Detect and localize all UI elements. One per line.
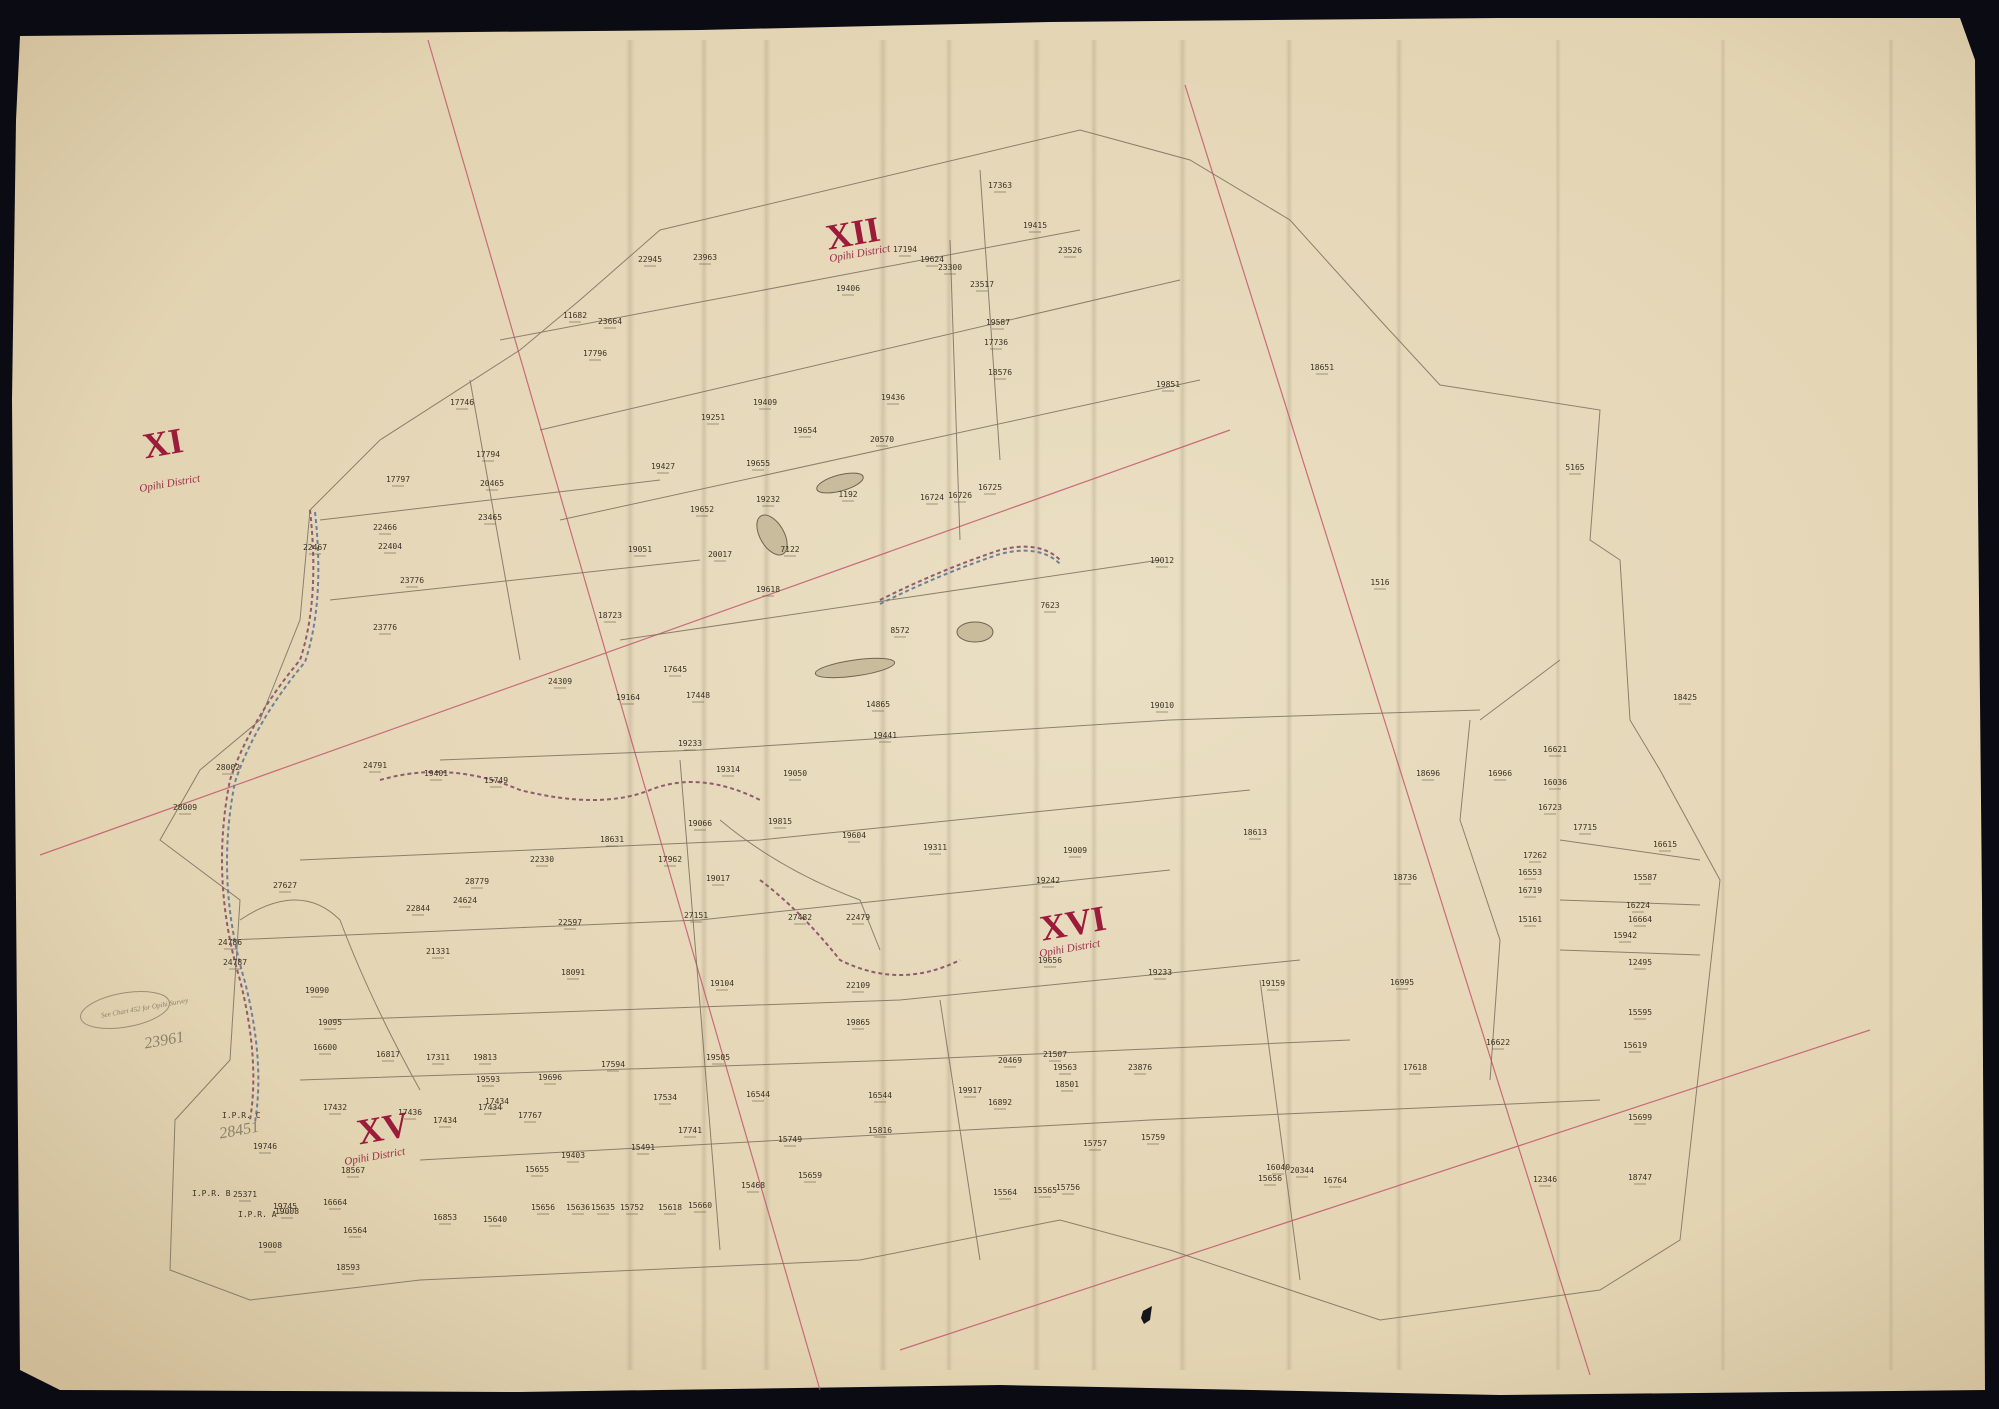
parcel-number: 17448 <box>686 691 710 700</box>
parcel-number: 16764 <box>1323 1176 1347 1185</box>
parcel-number: 19009 <box>1063 846 1087 855</box>
parcel-number: 22109 <box>846 981 870 990</box>
parcel-number: 19655 <box>746 459 770 468</box>
parcel-number: 18651 <box>1310 363 1334 372</box>
parcel-number: 28009 <box>173 803 197 812</box>
parcel-number: 18501 <box>1055 1080 1079 1089</box>
parcel-number: 20017 <box>708 550 732 559</box>
parcel-number: 19917 <box>958 1086 982 1095</box>
parcel-number: 16544 <box>868 1091 892 1100</box>
parcel-number: 24309 <box>548 677 572 686</box>
parcel-number: 27627 <box>273 881 297 890</box>
parcel-number: 19563 <box>1053 1063 1077 1072</box>
parcel-number: 19010 <box>1150 701 1174 710</box>
parcel-number: 17797 <box>386 475 410 484</box>
parcel-number: 19604 <box>842 831 866 840</box>
parcel-number: 21331 <box>426 947 450 956</box>
parcel-number: 15595 <box>1628 1008 1652 1017</box>
parcel-number: 19311 <box>923 843 947 852</box>
parcel-number: 22404 <box>378 542 402 551</box>
parcel-number: 15655 <box>525 1165 549 1174</box>
parcel-number: 19587 <box>986 318 1010 327</box>
parcel-number: 18631 <box>600 835 624 844</box>
parcel-number: 15942 <box>1613 931 1637 940</box>
parcel-number: 27151 <box>684 911 708 920</box>
parcel-number: 18091 <box>561 968 585 977</box>
parcel-number: 23664 <box>598 317 622 326</box>
parcel-number: 21507 <box>1043 1050 1067 1059</box>
parcel-number: 25371 <box>233 1190 257 1199</box>
parcel-number: 19409 <box>753 398 777 407</box>
parcel-number: 19401 <box>424 769 448 778</box>
parcel-number: 19746 <box>253 1142 277 1151</box>
parcel-number: 19017 <box>706 874 730 883</box>
parcel-number: 17262 <box>1523 851 1547 860</box>
parcel-number: 16553 <box>1518 868 1542 877</box>
parcel-number: 15619 <box>1623 1041 1647 1050</box>
parcel-number: 15587 <box>1633 873 1657 882</box>
parcel-number: 17736 <box>984 338 1008 347</box>
parcel-number: 17194 <box>893 245 917 254</box>
parcel-number: 5165 <box>1565 463 1584 472</box>
parcel-number: 16622 <box>1486 1038 1510 1047</box>
parcel-number: 19865 <box>846 1018 870 1027</box>
parcel-number: 22330 <box>530 855 554 864</box>
parcel-number: 16600 <box>313 1043 337 1052</box>
parcel-number: 23876 <box>1128 1063 1152 1072</box>
parcel-number: 16726 <box>948 491 972 500</box>
parcel-number: 19012 <box>1150 556 1174 565</box>
parcel-number: 22467 <box>303 543 327 552</box>
parcel-number: 19618 <box>756 585 780 594</box>
parcel-number: 15468 <box>741 1181 765 1190</box>
parcel-number: 27482 <box>788 913 812 922</box>
parcel-number: 19104 <box>710 979 734 988</box>
parcel-number: 11682 <box>563 311 587 320</box>
block-label: I.P.R. B <box>192 1189 231 1198</box>
parcel-number: 19851 <box>1156 380 1180 389</box>
parcel-number: 19406 <box>836 284 860 293</box>
parcel-number: 15564 <box>993 1188 1017 1197</box>
cadastral-map-sheet: 2294523963194061719419624233002351723526… <box>0 0 1999 1409</box>
parcel-number: 16719 <box>1518 886 1542 895</box>
parcel-number: 19815 <box>768 817 792 826</box>
parcel-number: 24787 <box>223 958 247 967</box>
district-numeral: XI <box>140 420 186 466</box>
parcel-number: 19090 <box>305 986 329 995</box>
parcel-number: 15161 <box>1518 915 1542 924</box>
parcel-number: 24791 <box>363 761 387 770</box>
parcel-number: 15636 <box>566 1203 590 1212</box>
parcel-number: 19233 <box>678 739 702 748</box>
parcel-number: 17434 <box>433 1116 457 1125</box>
parcel-number: 17311 <box>426 1053 450 1062</box>
parcel-number: 15656 <box>1258 1174 1282 1183</box>
parcel-number: 16853 <box>433 1213 457 1222</box>
parcel-number: 15759 <box>1141 1133 1165 1142</box>
parcel-number: 8572 <box>890 626 909 635</box>
parcel-number: 17618 <box>1403 1063 1427 1072</box>
parcel-number: 17767 <box>518 1111 542 1120</box>
parcel-number: 23526 <box>1058 246 1082 255</box>
parcel-number: 15756 <box>1056 1183 1080 1192</box>
parcel-number: 17594 <box>601 1060 625 1069</box>
parcel-number: 19652 <box>690 505 714 514</box>
parcel-number: 18736 <box>1393 873 1417 882</box>
parcel-number: 16817 <box>376 1050 400 1059</box>
parcel-number: 19441 <box>873 731 897 740</box>
parcel-number: 24624 <box>453 896 477 905</box>
parcel-number: 12346 <box>1533 1175 1557 1184</box>
parcel-number: 22844 <box>406 904 430 913</box>
parcel-number: 16892 <box>988 1098 1012 1107</box>
parcel-number: 19051 <box>628 545 652 554</box>
parcel-number: 1192 <box>838 490 857 499</box>
parcel-number: 15640 <box>483 1215 507 1224</box>
parcel-number: 17434 <box>478 1103 502 1112</box>
parcel-number: 18425 <box>1673 693 1697 702</box>
parcel-number: 15618 <box>658 1203 682 1212</box>
parcel-number: 16040 <box>1266 1163 1290 1172</box>
parcel-number: 19251 <box>701 413 725 422</box>
parcel-number: 19050 <box>783 769 807 778</box>
parcel-number: 15565 <box>1033 1186 1057 1195</box>
parcel-number: 1516 <box>1370 578 1389 587</box>
parcel-number: 22466 <box>373 523 397 532</box>
parcel-number: 23963 <box>693 253 717 262</box>
parcel-number: 15635 <box>591 1203 615 1212</box>
parcel-number: 18696 <box>1416 769 1440 778</box>
parcel-number: 14865 <box>866 700 890 709</box>
parcel-number: 20469 <box>998 1056 1022 1065</box>
parcel-number: 17796 <box>583 349 607 358</box>
parcel-number: 15752 <box>620 1203 644 1212</box>
parcel-number: 15659 <box>798 1171 822 1180</box>
parcel-number: 15491 <box>631 1143 655 1152</box>
parcel-number: 15816 <box>868 1126 892 1135</box>
parcel-number: 17534 <box>653 1093 677 1102</box>
parcel-number: 17715 <box>1573 823 1597 832</box>
parcel-number: 19593 <box>476 1075 500 1084</box>
parcel-number: 28779 <box>465 877 489 886</box>
parcel-number: 7122 <box>780 545 799 554</box>
parcel-number: 16615 <box>1653 840 1677 849</box>
parcel-number: 23776 <box>400 576 424 585</box>
parcel-number: 19696 <box>538 1073 562 1082</box>
parcel-number: 16036 <box>1543 778 1567 787</box>
parcel-number: 15749 <box>778 1135 802 1144</box>
parcel-number: 17962 <box>658 855 682 864</box>
parcel-number: 12495 <box>1628 958 1652 967</box>
parcel-number: 19242 <box>1036 876 1060 885</box>
block-label: I.P.R. A <box>238 1210 277 1219</box>
parcel-number: 20344 <box>1290 1166 1314 1175</box>
parcel-number: 19314 <box>716 765 740 774</box>
parcel-number: 19164 <box>616 693 640 702</box>
parcel-number: 19427 <box>651 462 675 471</box>
parcel-number: 18723 <box>598 611 622 620</box>
parcel-number: 19813 <box>473 1053 497 1062</box>
parcel-number: 17741 <box>678 1126 702 1135</box>
parcel-number: 19415 <box>1023 221 1047 230</box>
parcel-number: 23300 <box>938 263 962 272</box>
parcel-number: 23517 <box>970 280 994 289</box>
parcel-number: 15749 <box>484 776 508 785</box>
parcel-number: 23465 <box>478 513 502 522</box>
parcel-number: 23776 <box>373 623 397 632</box>
parcel-number: 16723 <box>1538 803 1562 812</box>
parcel-number: 19008 <box>275 1207 299 1216</box>
parcel-number: 19095 <box>318 1018 342 1027</box>
parcel-number: 19232 <box>756 495 780 504</box>
parcel-number: 24786 <box>218 938 242 947</box>
parcel-number: 18576 <box>988 368 1012 377</box>
parcel-number: 19159 <box>1261 979 1285 988</box>
parcel-number: 16724 <box>920 493 944 502</box>
parcel-number: 20570 <box>870 435 894 444</box>
parcel-number: 19066 <box>688 819 712 828</box>
parcel-number: 19403 <box>561 1151 585 1160</box>
parcel-number: 22479 <box>846 913 870 922</box>
parcel-number: 16224 <box>1626 901 1650 910</box>
parcel-number: 15656 <box>531 1203 555 1212</box>
parcel-number: 16564 <box>343 1226 367 1235</box>
parcel-number: 17645 <box>663 665 687 674</box>
parcel-number: 18747 <box>1628 1173 1652 1182</box>
parcel-number: 15699 <box>1628 1113 1652 1122</box>
parcel-number: 17794 <box>476 450 500 459</box>
parcel-number: 15757 <box>1083 1139 1107 1148</box>
parcel-number: 19008 <box>258 1241 282 1250</box>
parcel-number: 18613 <box>1243 828 1267 837</box>
parcel-number: 16725 <box>978 483 1002 492</box>
parcel-number: 17432 <box>323 1103 347 1112</box>
parcel-number: 22945 <box>638 255 662 264</box>
parcel-number: 19654 <box>793 426 817 435</box>
parcel-number: 15660 <box>688 1201 712 1210</box>
parcel-number: 17746 <box>450 398 474 407</box>
parcel-number: 20465 <box>480 479 504 488</box>
parcel-number: 17363 <box>988 181 1012 190</box>
parcel-number: 22597 <box>558 918 582 927</box>
parcel-number: 16995 <box>1390 978 1414 987</box>
parcel-number: 19505 <box>706 1053 730 1062</box>
parcel-number: 7623 <box>1040 601 1059 610</box>
parcel-number: 16664 <box>1628 915 1652 924</box>
parcel-number: 16664 <box>323 1198 347 1207</box>
parcel-number: 16966 <box>1488 769 1512 778</box>
parcel-number: 19233 <box>1148 968 1172 977</box>
parcel-number: 16621 <box>1543 745 1567 754</box>
parcel-number: 16544 <box>746 1090 770 1099</box>
parcel-number: 28002 <box>216 763 240 772</box>
parcel-number: 19436 <box>881 393 905 402</box>
parcel-number: 18593 <box>336 1263 360 1272</box>
